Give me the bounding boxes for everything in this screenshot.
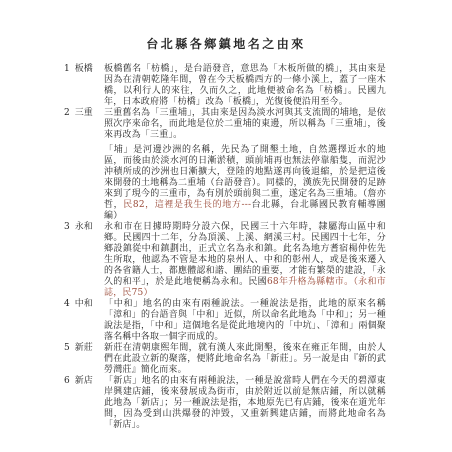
entry-name: 板橋 bbox=[75, 64, 93, 74]
text-segment: 「新店」地名的由來有兩種說法，一種是說當時人們在今天的碧潭東岸興建店鋪，後來發展… bbox=[104, 376, 386, 430]
entry-label: 5新莊 bbox=[64, 343, 104, 354]
page-title: 台北縣各鄉鎮地名之由來 bbox=[0, 0, 452, 51]
entry-body: 三重舊名為「三重埔」，其由來是因為淡水河與其支流間的埔地，是依照次序來命名，而此… bbox=[104, 108, 386, 222]
entry-number: 2 bbox=[64, 108, 70, 118]
entry-row: 6新店「新店」地名的由來有兩種說法，一種是說當時人們在今天的碧潭東岸興建店鋪，後… bbox=[64, 376, 386, 431]
entry-label: 1板橋 bbox=[64, 64, 104, 75]
entry-body: 新莊在清朝康熙年間，就有漢人來此開墾，後來在雍正年間，由於人們在此設立新的聚落，… bbox=[104, 343, 386, 376]
entry-name: 新莊 bbox=[75, 343, 93, 353]
entry-body: 「中和」地名的由來有兩種說法。一種說法是指，此地的原來名稱「漳和」的台語音與「中… bbox=[104, 299, 386, 343]
citation-text: 民82，這裡是我生長的地方--- bbox=[123, 200, 251, 210]
paragraph: 「新店」地名的由來有兩種說法，一種是說當時人們在今天的碧潭東岸興建店鋪，後來發展… bbox=[104, 376, 386, 431]
paragraph: 「中和」地名的由來有兩種說法。一種說法是指，此地的原來名稱「漳和」的台語音與「中… bbox=[104, 299, 386, 343]
entry-body: 板橋舊名「枋橋」，是台語發音，意思為「木板所做的橋」，其由來是因為在清朝乾隆年間… bbox=[104, 64, 386, 108]
text-segment: 「中和」地名的由來有兩種說法。一種說法是指，此地的原來名稱「漳和」的台語音與「中… bbox=[104, 299, 386, 342]
entry-number: 1 bbox=[64, 64, 70, 74]
paragraph: 「埔」是河邊沙洲的名稱，先民為了開墾土地，自然選擇近水的地區，而後由於淡水河的日… bbox=[104, 145, 386, 222]
text-segment: 新莊在清朝康熙年間，就有漢人來此開墾，後來在雍正年間，由於人們在此設立新的聚落，… bbox=[104, 343, 386, 375]
entry-row: 4中和「中和」地名的由來有兩種說法。一種說法是指，此地的原來名稱「漳和」的台語音… bbox=[64, 299, 386, 343]
entry-label: 4中和 bbox=[64, 299, 104, 310]
text-segment: 三重舊名為「三重埔」，其由來是因為淡水河與其支流間的埔地，是依照次序來命名，而此… bbox=[104, 108, 386, 140]
entry-name: 新店 bbox=[75, 376, 93, 386]
entry-number: 6 bbox=[64, 376, 70, 386]
document-page: 台北縣各鄉鎮地名之由來 1板橋板橋舊名「枋橋」，是台語發音，意思為「木板所做的橋… bbox=[0, 0, 452, 452]
entry-body: 永和市在日據時期時分設六保，民國三十六年時，隸屬海山區中和鄉。民國四十二年，分為… bbox=[104, 222, 386, 299]
entry-number: 3 bbox=[64, 222, 70, 232]
entry-number: 5 bbox=[64, 343, 70, 353]
entry-label: 3永和 bbox=[64, 222, 104, 233]
entry-row: 2三重三重舊名為「三重埔」，其由來是因為淡水河與其支流間的埔地，是依照次序來命名… bbox=[64, 108, 386, 222]
paragraph: 永和市在日據時期時分設六保，民國三十六年時，隸屬海山區中和鄉。民國四十二年，分為… bbox=[104, 222, 386, 299]
entry-number: 4 bbox=[64, 299, 70, 309]
entry-body: 「新店」地名的由來有兩種說法，一種是說當時人們在今天的碧潭東岸興建店鋪，後來發展… bbox=[104, 376, 386, 431]
entry-name: 中和 bbox=[75, 299, 93, 309]
entry-list: 1板橋板橋舊名「枋橋」，是台語發音，意思為「木板所做的橋」，其由來是因為在清朝乾… bbox=[64, 64, 386, 431]
entry-name: 三重 bbox=[75, 108, 93, 118]
entry-label: 2三重 bbox=[64, 108, 104, 119]
entry-row: 1板橋板橋舊名「枋橋」，是台語發音，意思為「木板所做的橋」，其由來是因為在清朝乾… bbox=[64, 64, 386, 108]
paragraph: 三重舊名為「三重埔」，其由來是因為淡水河與其支流間的埔地，是依照次序來命名，而此… bbox=[104, 108, 386, 141]
entry-name: 永和 bbox=[75, 222, 93, 232]
text-segment: 板橋舊名「枋橋」，是台語發音，意思為「木板所做的橋」，其由來是因為在清朝乾隆年間… bbox=[104, 64, 386, 107]
paragraph: 新莊在清朝康熙年間，就有漢人來此開墾，後來在雍正年間，由於人們在此設立新的聚落，… bbox=[104, 343, 386, 376]
paragraph: 板橋舊名「枋橋」，是台語發音，意思為「木板所做的橋」，其由來是因為在清朝乾隆年間… bbox=[104, 64, 386, 108]
entry-label: 6新店 bbox=[64, 376, 104, 387]
entry-row: 3永和永和市在日據時期時分設六保，民國三十六年時，隸屬海山區中和鄉。民國四十二年… bbox=[64, 222, 386, 299]
entry-row: 5新莊新莊在清朝康熙年間，就有漢人來此開墾，後來在雍正年間，由於人們在此設立新的… bbox=[64, 343, 386, 376]
